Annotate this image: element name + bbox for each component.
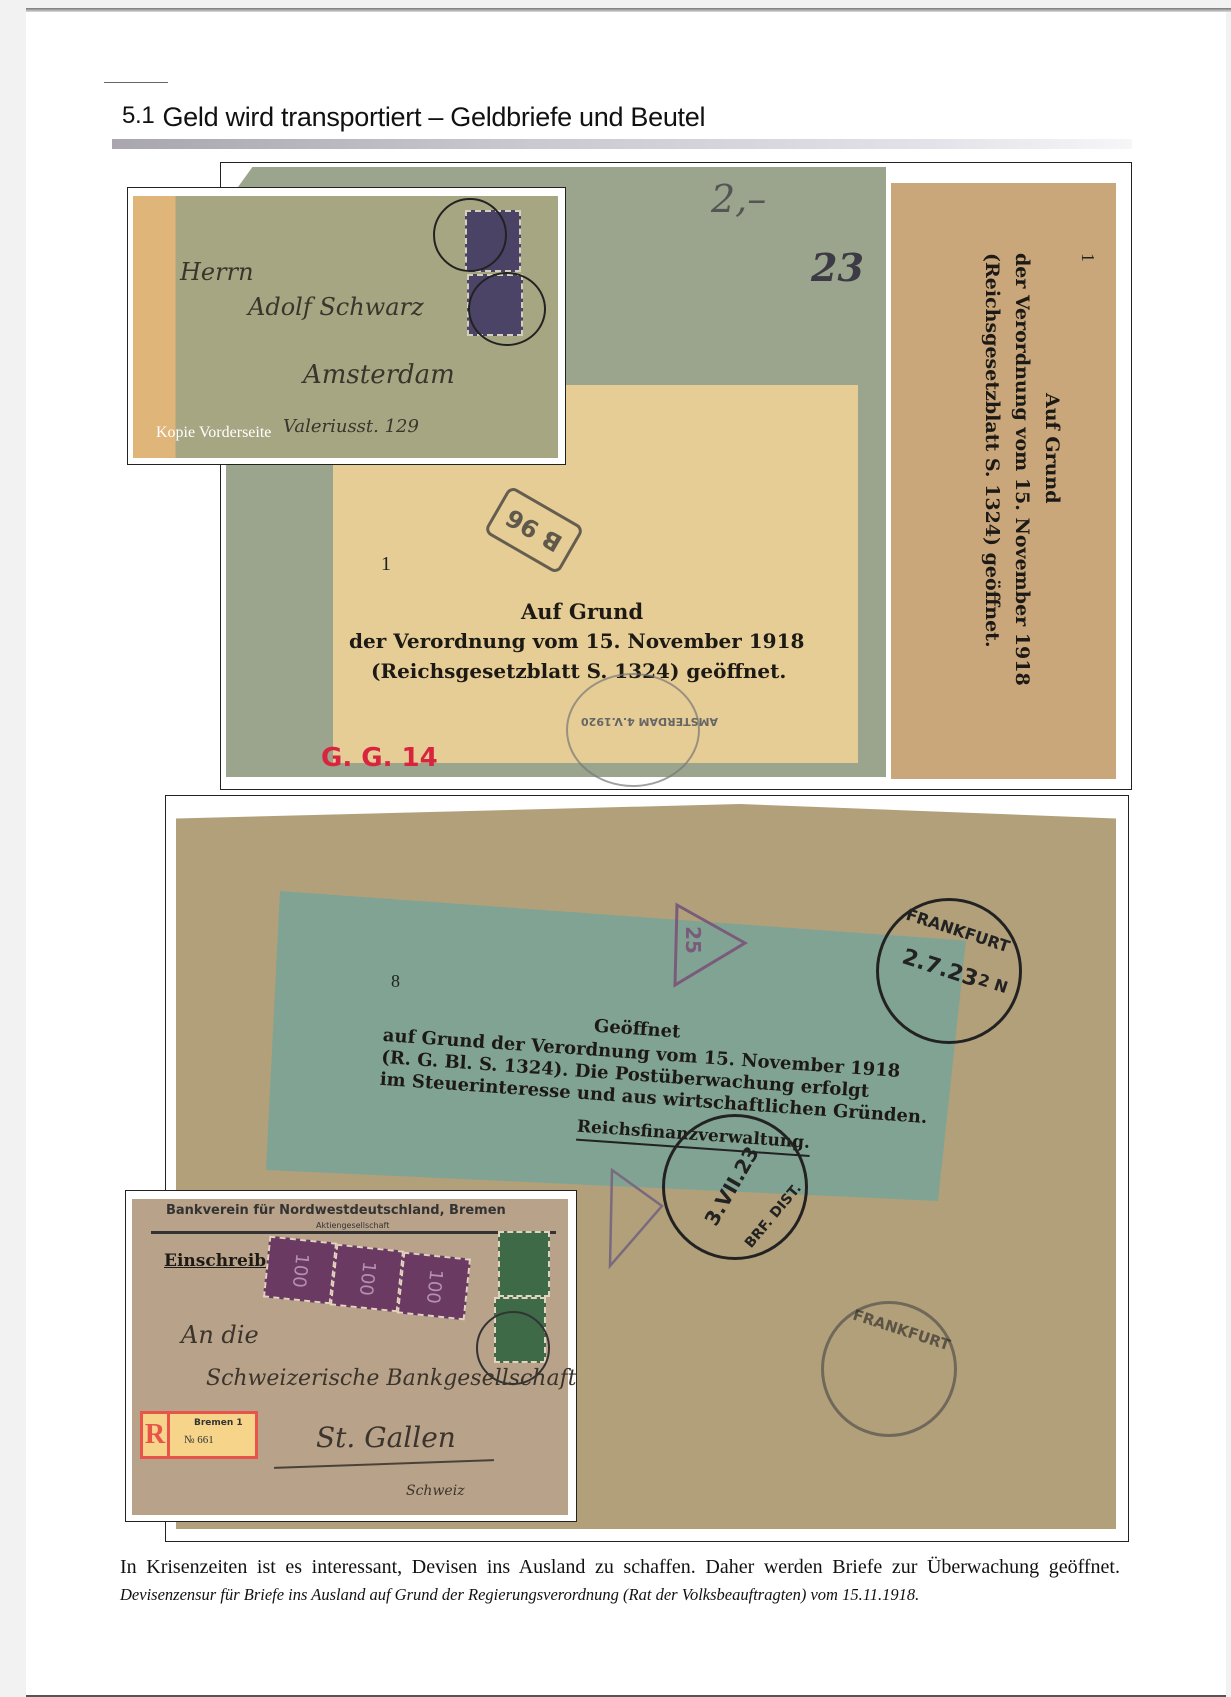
address-street: Valeriusst. 129	[283, 416, 419, 437]
title-underline-bar	[112, 139, 1132, 149]
stamp-value: 100	[422, 1268, 446, 1304]
stamp-100-3: 100	[397, 1252, 471, 1321]
label-line-1: Auf Grund	[521, 599, 643, 624]
address-city: Amsterdam	[303, 360, 455, 390]
postmark-berlin-1	[433, 198, 507, 272]
sender-imprint-sub: Aktiengesellschaft	[316, 1221, 389, 1230]
address-salutation: Herrn	[180, 258, 254, 286]
stamp-100-1: 100	[263, 1236, 337, 1305]
registration-label: R Bremen 1 № 661	[140, 1411, 258, 1459]
censor-strip-vertical	[891, 183, 1116, 779]
arrival-postmark-text: AMSTERDAM 4.V.1920	[581, 715, 718, 728]
address-line-4: Schweiz	[406, 1483, 465, 1499]
section-title: Geld wird transportiert – Geldbriefe und…	[162, 102, 705, 132]
imprint-rule	[151, 1231, 556, 1234]
bremen-front-copy-inset: Bankverein für Nordwestdeutschland, Brem…	[125, 1190, 577, 1522]
address-name: Adolf Schwarz	[248, 293, 424, 321]
postmark-berlin-2	[468, 272, 546, 346]
red-censor-stamp: G. G. 14	[321, 743, 438, 773]
label-number: 1	[381, 553, 391, 576]
caption-text: In Krisenzeiten ist es interessant, Devi…	[120, 1556, 1120, 1578]
section-number: 5.1	[122, 102, 154, 129]
stamp-value: 100	[288, 1252, 312, 1288]
page-caption: In Krisenzeiten ist es interessant, Devi…	[120, 1554, 1120, 1608]
strip-line-1: Auf Grund	[1041, 393, 1063, 504]
address-line-2: Schweizerische Bankgesellschaft	[206, 1366, 577, 1391]
label-line-3: (Reichsgesetzblatt S. 1324) geöffnet.	[371, 659, 786, 683]
caption-note: Devisenzensur für Briefe ins Ausland auf…	[120, 1585, 919, 1604]
arrival-postmark	[566, 673, 700, 787]
registration-letter: R	[143, 1414, 170, 1456]
front-copy-label: Kopie Vorderseite	[156, 424, 271, 442]
address-line-3: St. Gallen	[316, 1421, 456, 1454]
stamp-value: 100	[355, 1260, 379, 1296]
label-line-2: der Verordnung vom 15. November 1918	[349, 629, 804, 653]
label-number-8: 8	[391, 971, 400, 992]
front-copy-inset: Herrn Adolf Schwarz Amsterdam Valeriusst…	[127, 187, 566, 465]
pencil-mark-price: 2,–	[711, 177, 766, 221]
address-line-1: An die	[181, 1321, 259, 1349]
page-edge	[26, 8, 1231, 12]
strip-number: 1	[1077, 253, 1098, 262]
strip-line-2: der Verordnung vom 15. November 1918	[1011, 253, 1033, 686]
sender-imprint: Bankverein für Nordwestdeutschland, Brem…	[166, 1203, 506, 1218]
registration-number: № 661	[184, 1434, 214, 1446]
registration-office: Bremen 1	[194, 1418, 243, 1428]
triangle-censor-stamp-2	[606, 1166, 666, 1276]
stamp-100-2: 100	[330, 1244, 404, 1313]
triangle-stamp-number: 25	[681, 926, 705, 954]
pencil-mark-number: 23	[811, 245, 864, 290]
strip-line-3: (Reichsgesetzblatt S. 1324) geöffnet.	[981, 253, 1003, 648]
corner-mark	[104, 82, 168, 83]
stamp-green-1	[498, 1231, 550, 1297]
page-title: 5.1Geld wird transportiert – Geldbriefe …	[122, 102, 705, 133]
